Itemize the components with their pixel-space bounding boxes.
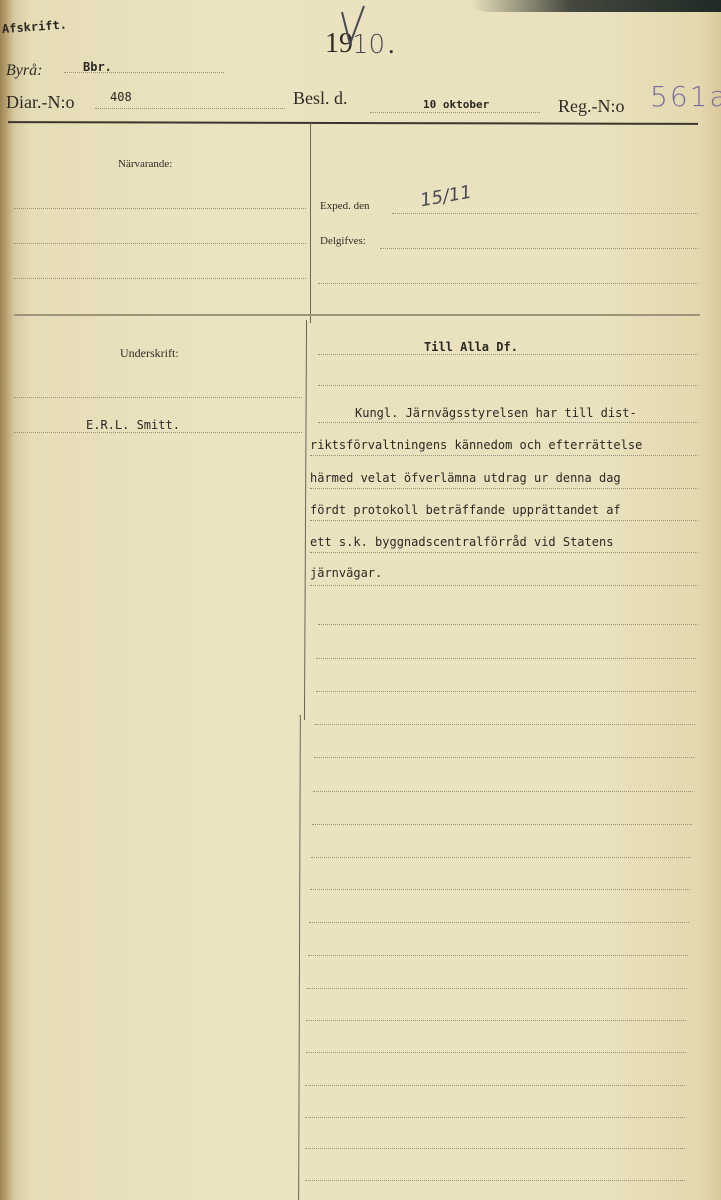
byra-label: Byrå: <box>6 62 42 80</box>
besl-dotted-line <box>370 112 540 113</box>
narvarande-line-1 <box>14 208 306 209</box>
ruled-line <box>310 585 698 586</box>
byra-dotted-line <box>64 72 224 73</box>
diar-dotted-line <box>95 108 285 109</box>
narvarande-label: Närvarande: <box>118 158 172 170</box>
besl-label: Besl. d. <box>293 88 348 109</box>
header-rule <box>8 121 698 125</box>
body-line-blank <box>318 385 698 386</box>
exped-dotted-line <box>392 213 698 214</box>
exped-label: Exped. den <box>320 200 369 212</box>
ruled-line <box>306 1020 686 1021</box>
underskrift-line-1 <box>14 397 302 398</box>
body-text-line: Kungl. Järnvägsstyrelsen har till dist- <box>355 406 637 420</box>
document-page: Afskrift. 19 10 . Byrå: Bbr. Diar.-N:o 4… <box>0 0 721 1200</box>
ruled-line <box>312 824 692 825</box>
ruled-line <box>314 757 694 758</box>
body-text-line: ett s.k. byggnadscentralförråd vid State… <box>310 535 613 549</box>
underskrift-line-2 <box>14 432 302 433</box>
check-mark-icon <box>338 4 368 59</box>
ruled-line <box>306 1052 686 1053</box>
narvarande-line-2 <box>14 243 306 244</box>
body-line-0 <box>318 354 698 355</box>
exped-value: 15/11 <box>419 182 474 212</box>
scan-shadow <box>470 0 721 12</box>
addressee: Till Alla Df. <box>424 340 518 354</box>
reg-label: Reg.-N:o <box>558 96 625 117</box>
year-period: . <box>388 30 395 60</box>
ruled-line <box>309 922 689 923</box>
copy-label: Afskrift. <box>2 17 68 36</box>
ruled-line <box>310 889 690 890</box>
ruled-line <box>305 1180 685 1181</box>
ruled-line <box>305 1085 685 1086</box>
delgifves-line-2 <box>318 283 698 284</box>
delgifves-dotted-line <box>380 248 698 249</box>
ruled-line <box>318 624 698 625</box>
column-divider-upper <box>310 123 311 323</box>
ruled-line <box>311 857 691 858</box>
ruled-line <box>305 1117 685 1118</box>
diar-label: Diar.-N:o <box>6 92 74 113</box>
ruled-line <box>313 791 693 792</box>
ruled-line <box>310 488 698 489</box>
ruled-line <box>310 520 698 521</box>
ruled-line <box>307 988 687 989</box>
ruled-line <box>316 691 696 692</box>
besl-value: 10 oktober <box>423 98 489 111</box>
ruled-line <box>315 724 695 725</box>
ruled-line <box>316 658 696 659</box>
body-text-line: riktsförvaltningens kännedom och efterrä… <box>310 438 642 452</box>
body-text-line: fördt protokoll beträffande upprättandet… <box>310 503 621 517</box>
column-divider-lower <box>298 715 301 1200</box>
section-rule <box>14 314 700 316</box>
ruled-line <box>310 455 698 456</box>
underskrift-label: Underskrift: <box>120 346 179 361</box>
body-text-line: härmed velat öfverlämna utdrag ur denna … <box>310 471 621 485</box>
ruled-line <box>305 1148 685 1149</box>
body-text-line: järnvägar. <box>310 566 382 580</box>
diar-value: 408 <box>110 90 132 104</box>
signature: E.R.L. Smitt. <box>86 418 180 432</box>
ruled-line <box>308 955 688 956</box>
ruled-line <box>318 422 698 423</box>
delgifves-label: Delgifves: <box>320 235 366 247</box>
reg-value: 561a <box>650 80 721 113</box>
ruled-line <box>310 552 698 553</box>
column-divider-middle <box>304 320 307 720</box>
narvarande-line-3 <box>14 278 306 279</box>
